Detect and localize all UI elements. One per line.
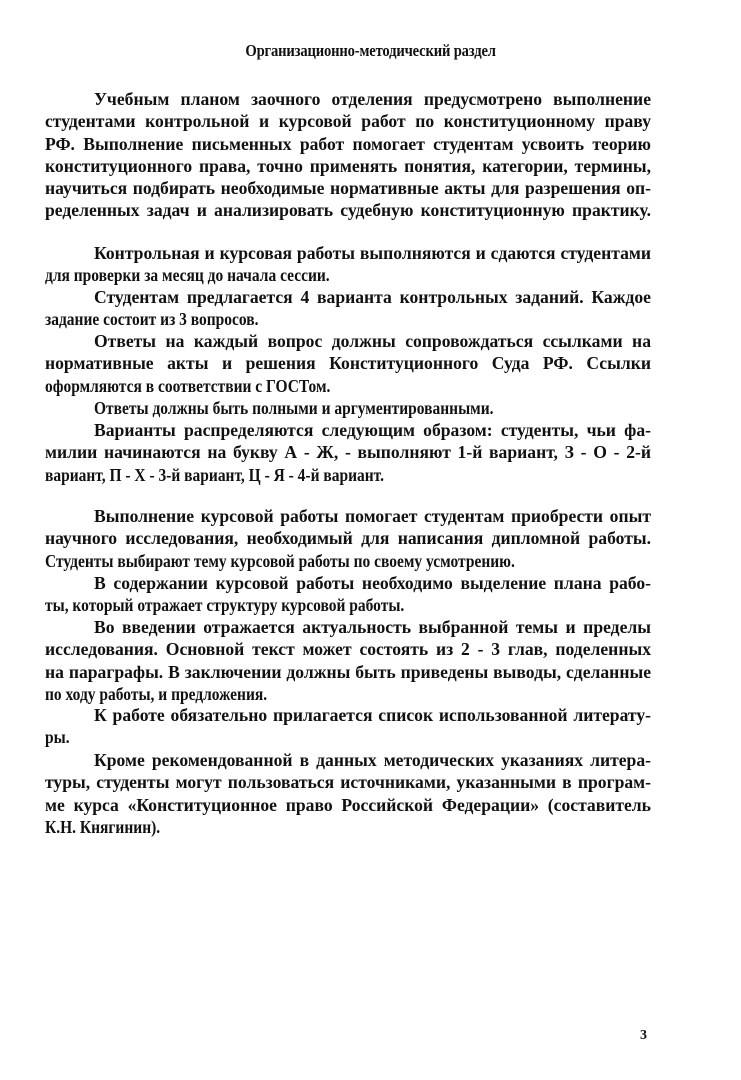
text-line: В содержании курсовой работы необходимо … [94,572,651,594]
text-line: Контрольная и курсовая работы выполняютс… [94,242,651,264]
text-line: Ответы на каждый вопрос должны сопровожд… [94,330,651,352]
text-line: туры, студенты могут пользоваться источн… [45,771,651,793]
text-line: исследования. Основной текст может состо… [45,638,651,660]
text-line: Ответы должны быть полными и аргументиро… [94,397,494,419]
text-line: студентами контрольной и курсовой работ … [45,110,651,132]
text-line: научиться подбирать необходимые норматив… [45,177,651,199]
text-line: К работе обязательно прилагается список … [94,704,651,726]
text-line: К.Н. Княгинин). [45,816,160,838]
text-line: ределенных задач и анализировать судебну… [45,199,651,221]
paragraph-work-plan: В содержании курсовой работы необходимо … [45,572,651,617]
paragraph-structure: Во введении отражается актуальность выбр… [45,616,651,705]
text-line: конституционного права, точно применять … [45,155,651,177]
paragraph-variants-count: Студентам предлагается 4 варианта контро… [45,286,651,331]
text-line: нормативные акты и решения Конституционн… [45,352,651,374]
text-line: Студентам предлагается 4 варианта контро… [94,286,651,308]
text-line: научного исследования, необходимый для н… [45,527,651,549]
text-line: по ходу работы, и предложения. [45,683,267,705]
paragraph-answers: Ответы должны быть полными и аргументиро… [45,397,651,419]
text-line: Студенты выбирают тему курсовой работы п… [45,550,515,572]
text-line: Варианты распределяются следующим образо… [94,419,651,441]
text-line: вариант, П - Х - 3-й вариант, Ц - Я - 4-… [45,464,384,486]
paragraph-sources: Кроме рекомендованной в данных методичес… [45,749,651,838]
text-line: оформляются в соответствии с ГОСТом. [45,375,330,397]
text-line: ты, который отражает структуру курсовой … [45,594,404,616]
page-number: 3 [640,1028,647,1044]
paragraph-deadline: Контрольная и курсовая работы выполняютс… [45,242,651,287]
text-line: милии начинаются на букву А - Ж, - выпол… [45,441,651,463]
paragraph-bibliography: К работе обязательно прилагается список … [45,704,651,749]
text-line: Во введении отражается актуальность выбр… [94,616,651,638]
text-line: ме курса «Конституционное право Российск… [45,794,651,816]
text-line: на параграфы. В заключении должны быть п… [45,661,651,683]
section-title: Организационно-методический раздел [0,41,741,61]
paragraph-references: Ответы на каждый вопрос должны сопровожд… [45,330,651,397]
text-line: ры. [45,726,70,748]
text-line: Кроме рекомендованной в данных методичес… [94,749,651,771]
text-line: для проверки за месяц до начала сессии. [45,264,330,286]
paragraph-coursework: Выполнение курсовой работы помогает студ… [45,505,651,572]
paragraph-curriculum: Учебным планом заочного отделения предус… [45,88,651,222]
text-line: Выполнение курсовой работы помогает студ… [94,505,651,527]
document-page: Организационно-методический раздел Учебн… [0,0,741,1080]
text-line: задание состоит из 3 вопросов. [45,308,259,330]
text-line: РФ. Выполнение письменных работ помогает… [45,133,651,155]
paragraph-variant-distribution: Варианты распределяются следующим образо… [45,419,651,486]
text-line: Учебным планом заочного отделения предус… [94,88,651,110]
